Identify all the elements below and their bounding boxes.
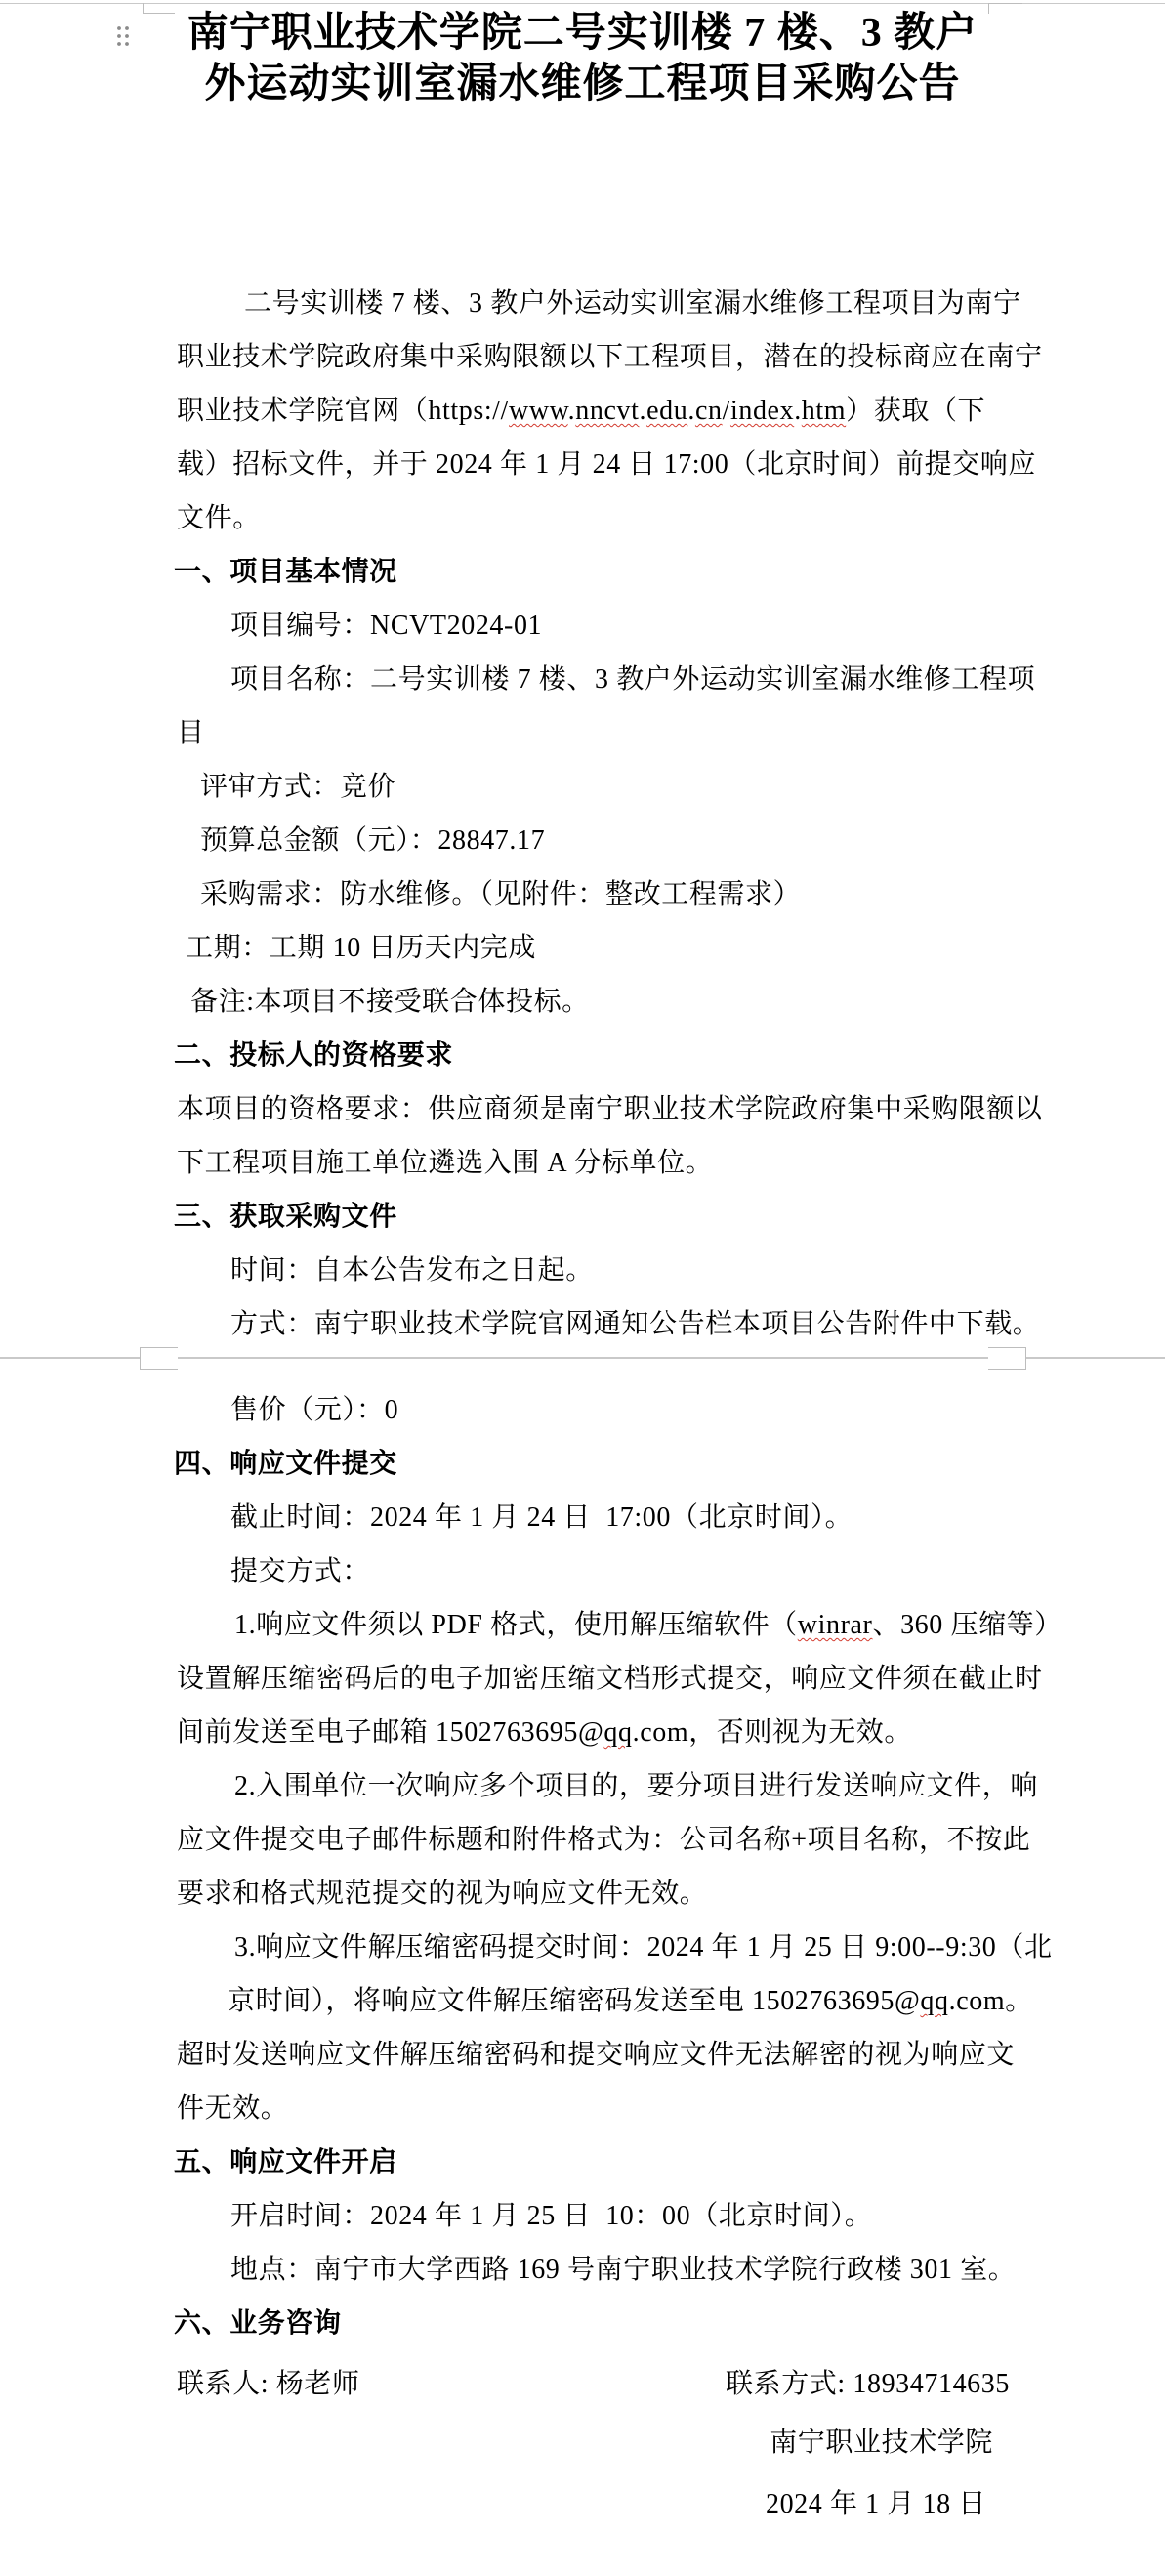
section-heading: 二、投标人的资格要求 (174, 1040, 453, 1072)
text-segment: . (794, 396, 802, 426)
text-segment: 项目名称：二号实训楼 7 楼、3 教户外运动实训室漏水维修工程项 (230, 664, 1035, 695)
text-line: 1.响应文件须以 PDF 格式，使用解压缩软件（winrar、360 压缩等） (234, 1610, 1062, 1641)
text-line: 载）招标文件，并于 2024 年 1 月 24 日 17:00（北京时间）前提交… (177, 449, 1036, 481)
text-segment: 二、投标人的资格要求 (174, 1040, 453, 1071)
text-line: 3.响应文件解压缩密码提交时间：2024 年 1 月 25 日 9:00--9:… (234, 1932, 1053, 1964)
text-segment: 提交方式： (230, 1556, 370, 1586)
text-segment: 南宁职业技术学院 (770, 2428, 993, 2458)
text-segment: 应文件提交电子邮件标题和附件格式为：公司名称+项目名称，不按此 (177, 1825, 1030, 1855)
text-line: 提交方式： (230, 1556, 370, 1587)
text-line: 售价（元）：0 (230, 1395, 398, 1426)
text-line: 本项目的资格要求：供应商须是南宁职业技术学院政府集中采购限额以 (177, 1094, 1043, 1125)
text-segment: 职业技术学院政府集中采购限额以下工程项目，潜在的投标商应在南宁 (177, 342, 1043, 372)
text-line: 联系人: 杨老师 (177, 2369, 360, 2400)
text-segment: .com。 (949, 1986, 1033, 2016)
text-line: 开启时间：2024 年 1 月 25 日 10：00（北京时间）。 (230, 2201, 872, 2232)
text-segment: 、360 压缩等） (872, 1610, 1061, 1640)
section-heading: 三、获取采购文件 (174, 1202, 397, 1233)
text-line: 联系方式: 18934714635 (726, 2369, 1010, 2400)
text-segment: 采购需求：防水维修。（见附件：整改工程需求） (200, 879, 801, 909)
text-segment: 间前发送至电子邮箱 1502763695@ (177, 1717, 603, 1748)
section-heading: 五、响应文件开启 (174, 2147, 397, 2178)
text-segment: 职业技术学院官网（https:// (177, 396, 509, 426)
page-break-margin-mark-right (988, 1347, 1026, 1370)
drag-handle-icon[interactable] (116, 25, 130, 47)
text-segment: / (723, 396, 730, 426)
text-line: 评审方式：竞价 (200, 772, 395, 803)
text-segment: 目 (177, 718, 205, 748)
text-segment: 备注:本项目不接受联合体投标。 (190, 987, 590, 1017)
text-segment: 下工程项目施工单位遴选入围 A 分标单位。 (177, 1148, 713, 1178)
document-page: 南宁职业技术学院二号实训楼 7 楼、3 教户 外运动实训室漏水维修工程项目采购公… (0, 0, 1165, 2576)
text-segment: . (639, 396, 646, 426)
text-line: 二号实训楼 7 楼、3 教户外运动实训室漏水维修工程项目为南宁 (244, 288, 1021, 319)
text-line: 项目编号：NCVT2024-01 (230, 611, 542, 642)
text-segment: 3.响应文件解压缩密码提交时间：2024 年 1 月 25 日 9:00--9:… (234, 1932, 1053, 1963)
text-segment: 载）招标文件，并于 2024 年 1 月 24 日 17:00（北京时间）前提交… (177, 449, 1036, 480)
text-segment: 联系方式: 18934714635 (726, 2369, 1010, 2399)
spellcheck-underline: cn (695, 396, 723, 426)
text-segment: 地点：南宁市大学西路 169 号南宁职业技术学院行政楼 301 室。 (230, 2255, 1016, 2285)
text-line: 2.入围单位一次响应多个项目的，要分项目进行发送响应文件，响 (234, 1771, 1038, 1802)
text-segment: 2.入围单位一次响应多个项目的，要分项目进行发送响应文件，响 (234, 1771, 1038, 1801)
text-segment: 超时发送响应文件解压缩密码和提交响应文件无法解密的视为响应文 (177, 2040, 1015, 2070)
section-heading: 六、业务咨询 (174, 2308, 342, 2340)
text-line: 地点：南宁市大学西路 169 号南宁职业技术学院行政楼 301 室。 (230, 2255, 1016, 2286)
text-segment: 一、项目基本情况 (174, 557, 397, 587)
spellcheck-underline: index (730, 396, 794, 426)
text-line: 南宁职业技术学院 (770, 2428, 993, 2459)
spellcheck-underline: qq (603, 1717, 632, 1748)
text-segment: 要求和格式规范提交的视为响应文件无效。 (177, 1879, 707, 1909)
text-segment: 四、响应文件提交 (174, 1449, 397, 1479)
text-line: 下工程项目施工单位遴选入围 A 分标单位。 (177, 1148, 713, 1179)
spellcheck-underline: qq (920, 1986, 948, 2016)
text-line: 截止时间：2024 年 1 月 24 日 17:00（北京时间）。 (230, 1502, 853, 1534)
text-segment: 2024 年 1 月 18 日 (766, 2489, 986, 2519)
text-segment: 联系人: 杨老师 (177, 2369, 360, 2399)
text-line: 项目名称：二号实训楼 7 楼、3 教户外运动实训室漏水维修工程项 (230, 664, 1035, 696)
page-title-line2: 外运动实训室漏水维修工程项目采购公告 (144, 59, 1021, 109)
text-segment: 方式：南宁职业技术学院官网通知公告栏本项目公告附件中下载。 (230, 1309, 1040, 1339)
text-segment: 本项目的资格要求：供应商须是南宁职业技术学院政府集中采购限额以 (177, 1094, 1043, 1124)
text-line: 预算总金额（元）：28847.17 (200, 825, 545, 857)
text-segment: 截止时间：2024 年 1 月 24 日 17:00（北京时间）。 (230, 1502, 853, 1533)
text-segment: 时间：自本公告发布之日起。 (230, 1255, 594, 1286)
text-segment: 设置解压缩密码后的电子加密压缩文档形式提交，响应文件须在截止时 (177, 1664, 1043, 1694)
page-break-margin-mark-left (140, 1347, 178, 1370)
text-line: 要求和格式规范提交的视为响应文件无效。 (177, 1879, 707, 1910)
text-segment: 售价（元）：0 (230, 1395, 398, 1425)
text-line: 采购需求：防水维修。（见附件：整改工程需求） (200, 879, 801, 910)
text-segment: 五、响应文件开启 (174, 2147, 397, 2177)
text-line: 工期：工期 10 日历天内完成 (186, 933, 536, 964)
text-line: 京时间），将响应文件解压缩密码发送至电 1502763695@qq.com。 (228, 1986, 1033, 2017)
text-line: 职业技术学院官网（https://www.nncvt.edu.cn/index.… (177, 396, 985, 427)
text-segment: 开启时间：2024 年 1 月 25 日 10：00（北京时间）。 (230, 2201, 872, 2231)
text-segment: 六、业务咨询 (174, 2308, 342, 2339)
text-segment: 京时间），将响应文件解压缩密码发送至电 1502763695@ (228, 1986, 920, 2016)
text-line: 应文件提交电子邮件标题和附件格式为：公司名称+项目名称，不按此 (177, 1825, 1030, 1856)
spellcheck-underline: winrar (798, 1610, 873, 1640)
spellcheck-underline: edu (646, 396, 687, 426)
section-heading: 四、响应文件提交 (174, 1449, 397, 1480)
text-line: 超时发送响应文件解压缩密码和提交响应文件无法解密的视为响应文 (177, 2040, 1015, 2071)
spellcheck-underline: htm (802, 396, 846, 426)
page-title-line1: 南宁职业技术学院二号实训楼 7 楼、3 教户 (144, 8, 1021, 59)
text-segment: ）获取（下 (846, 396, 985, 426)
text-line: 目 (177, 718, 205, 749)
text-line: 文件。 (177, 503, 261, 534)
text-segment: 工期：工期 10 日历天内完成 (186, 933, 536, 963)
text-segment: . (687, 396, 695, 426)
text-line: 间前发送至电子邮箱 1502763695@qq.com，否则视为无效。 (177, 1717, 912, 1749)
text-segment: 文件。 (177, 503, 261, 533)
section-heading: 一、项目基本情况 (174, 557, 397, 588)
text-segment: 评审方式：竞价 (200, 772, 395, 802)
text-line: 备注:本项目不接受联合体投标。 (190, 987, 590, 1018)
text-line: 件无效。 (177, 2093, 288, 2125)
text-line: 方式：南宁职业技术学院官网通知公告栏本项目公告附件中下载。 (230, 1309, 1040, 1340)
text-line: 职业技术学院政府集中采购限额以下工程项目，潜在的投标商应在南宁 (177, 342, 1043, 373)
text-line: 设置解压缩密码后的电子加密压缩文档形式提交，响应文件须在截止时 (177, 1664, 1043, 1695)
text-segment: .com，否则视为无效。 (633, 1717, 912, 1748)
text-segment: 预算总金额（元）：28847.17 (200, 825, 545, 856)
text-line: 2024 年 1 月 18 日 (766, 2489, 986, 2520)
text-segment: 件无效。 (177, 2093, 288, 2124)
text-segment: 三、获取采购文件 (174, 1202, 397, 1232)
spellcheck-underline: www (509, 396, 568, 426)
text-segment: 二号实训楼 7 楼、3 教户外运动实训室漏水维修工程项目为南宁 (244, 288, 1021, 318)
text-line: 时间：自本公告发布之日起。 (230, 1255, 594, 1287)
spellcheck-underline: nncvt (575, 396, 639, 426)
text-segment: 项目编号：NCVT2024-01 (230, 611, 542, 641)
page-title: 南宁职业技术学院二号实训楼 7 楼、3 教户 外运动实训室漏水维修工程项目采购公… (144, 8, 1021, 109)
text-segment: 1.响应文件须以 PDF 格式，使用解压缩软件（ (234, 1610, 798, 1640)
